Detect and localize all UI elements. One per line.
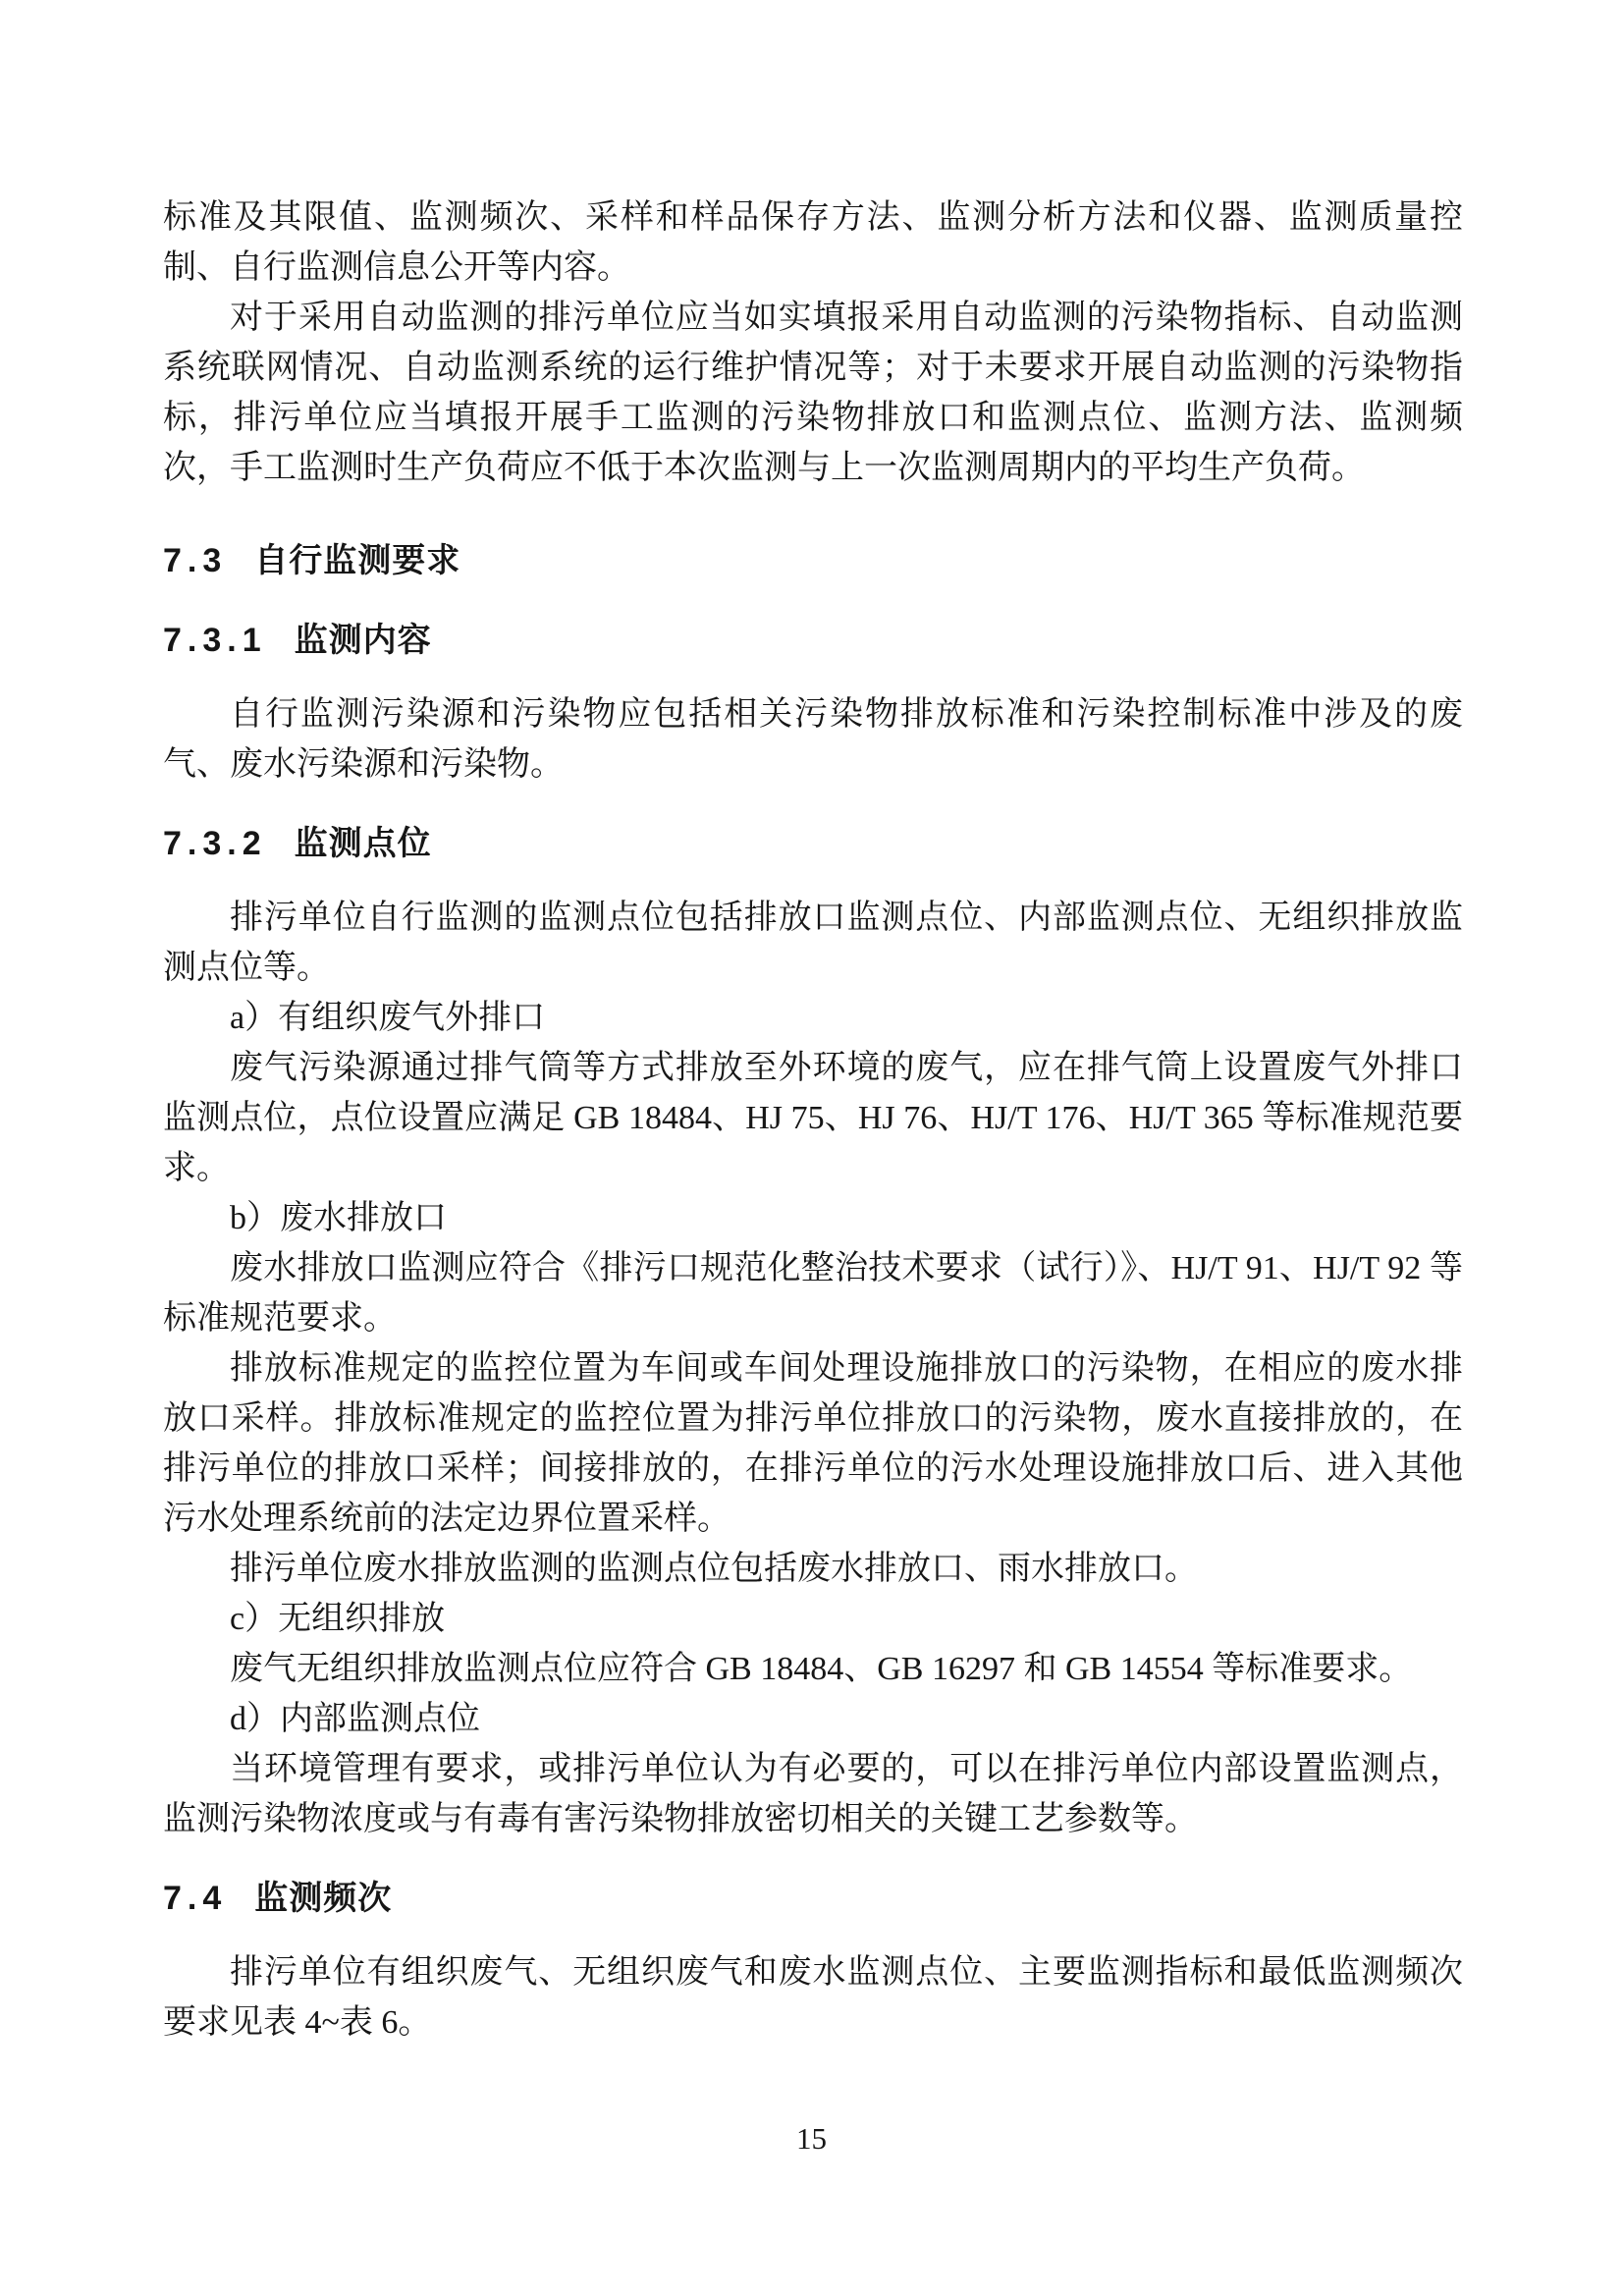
- paragraph-monitoring-points: 排污单位自行监测的监测点位包括排放口监测点位、内部监测点位、无组织排放监测点位等…: [163, 893, 1463, 993]
- paragraph-auto-monitoring: 对于采用自动监测的排污单位应当如实填报采用自动监测的污染物指标、自动监测系统联网…: [163, 293, 1463, 493]
- section-title: 监测内容: [295, 622, 432, 659]
- list-item-c: c）无组织排放: [163, 1594, 1463, 1644]
- section-number: 7.4: [163, 1880, 227, 1917]
- paragraph-monitoring-content: 自行监测污染源和污染物应包括相关污染物排放标准和污染控制标准中涉及的废气、废水污…: [163, 689, 1463, 790]
- section-title: 自行监测要求: [254, 542, 460, 579]
- paragraph-organized-exhaust: 废气污染源通过排气筒等方式排放至外环境的废气，应在排气筒上设置废气外排口监测点位…: [163, 1043, 1463, 1193]
- page-number: 15: [0, 2119, 1623, 2159]
- page-body-text: 标准及其限值、监测频次、采样和样品保存方法、监测分析方法和仪器、监测质量控制、自…: [163, 192, 1463, 2048]
- section-heading-7-3: 7.3自行监测要求: [163, 536, 1463, 586]
- paragraph-wastewater-points: 排污单位废水排放监测的监测点位包括废水排放口、雨水排放口。: [163, 1544, 1463, 1594]
- section-title: 监测点位: [295, 825, 432, 862]
- section-heading-7-3-2: 7.3.2监测点位: [163, 819, 1463, 869]
- list-item-a: a）有组织废气外排口: [163, 993, 1463, 1043]
- paragraph-fugitive-emission: 废气无组织排放监测点位应符合 GB 18484、GB 16297 和 GB 14…: [163, 1644, 1463, 1694]
- section-number: 7.3: [163, 542, 227, 579]
- paragraph-monitoring-location: 排放标准规定的监控位置为车间或车间处理设施排放口的污染物，在相应的废水排放口采样…: [163, 1343, 1463, 1544]
- list-item-d: d）内部监测点位: [163, 1694, 1463, 1744]
- section-heading-7-4: 7.4监测频次: [163, 1874, 1463, 1924]
- document-page: 标准及其限值、监测频次、采样和样品保存方法、监测分析方法和仪器、监测质量控制、自…: [0, 0, 1623, 2296]
- list-item-b: b）废水排放口: [163, 1193, 1463, 1243]
- section-heading-7-3-1: 7.3.1监测内容: [163, 616, 1463, 666]
- paragraph-monitoring-frequency: 排污单位有组织废气、无组织废气和废水监测点位、主要监测指标和最低监测频次要求见表…: [163, 1947, 1463, 2048]
- paragraph-continuation: 标准及其限值、监测频次、采样和样品保存方法、监测分析方法和仪器、监测质量控制、自…: [163, 192, 1463, 293]
- section-number: 7.3.1: [163, 622, 267, 659]
- section-title: 监测频次: [254, 1880, 392, 1917]
- paragraph-wastewater-outlet: 废水排放口监测应符合《排污口规范化整治技术要求（试行）》、HJ/T 91、HJ/…: [163, 1243, 1463, 1343]
- section-number: 7.3.2: [163, 825, 267, 862]
- paragraph-internal-points: 当环境管理有要求，或排污单位认为有必要的，可以在排污单位内部设置监测点，监测污染…: [163, 1744, 1463, 1844]
